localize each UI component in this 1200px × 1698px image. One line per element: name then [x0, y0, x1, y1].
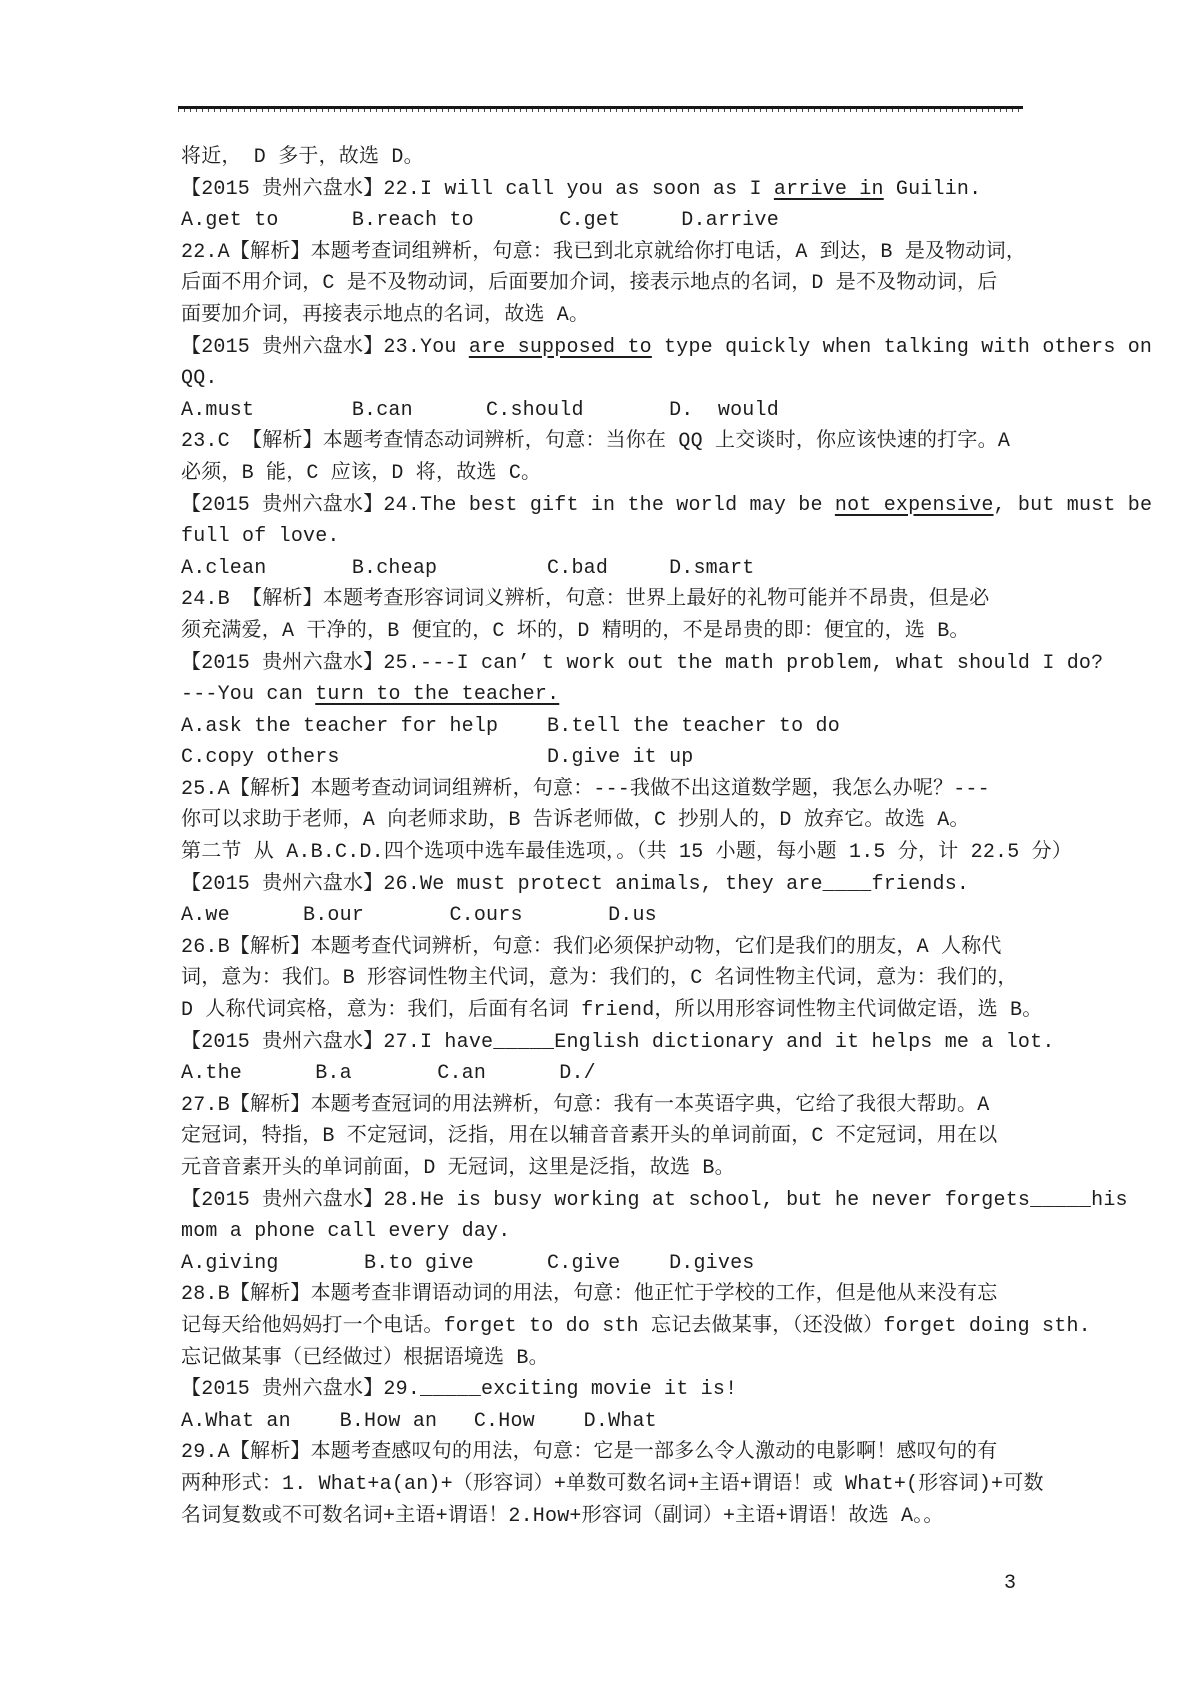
text-segment: 【2015 贵州六盘水】24.The best gift in the worl… [181, 494, 835, 517]
text-line-3: A.get to B.reach to C.get D.arrive [181, 205, 1081, 237]
text-line-44: 名词复数或不可数名词+主语+谓语！2.How+形容词（副词）+主语+谓语！故选 … [181, 1501, 1081, 1533]
text-line-4: 22.A【解析】本题考查词组辨析，句意：我已到北京就给你打电话，A 到达，B 是… [181, 237, 1081, 269]
text-line-19: A.ask the teacher for help B.tell the te… [181, 711, 1081, 743]
text-line-2: 【2015 贵州六盘水】22.I will call you as soon a… [181, 174, 1081, 206]
text-line-6: 面要加介词，再接表示地点的名词，故选 A。 [181, 300, 1081, 332]
text-line-27: 词，意为：我们。B 形容词性物主代词，意为：我们的，C 名词性物主代词，意为：我… [181, 963, 1081, 995]
text-line-10: 23.C 【解析】本题考查情态动词辨析，句意：当你在 QQ 上交谈时，你应该快速… [181, 426, 1081, 458]
text-line-8: QQ. [181, 363, 1081, 395]
text-segment: 面要加介词，再接表示地点的名词，故选 A。 [181, 304, 589, 327]
text-segment: Guilin. [884, 178, 982, 201]
text-segment: A.ask the teacher for help B.tell the te… [181, 715, 840, 738]
text-segment: D 人称代词宾格，意为：我们，后面有名词 friend，所以用形容词性物主代词做… [181, 999, 1042, 1022]
underlined-phrase: turn to the teacher. [315, 683, 559, 706]
text-segment: A.clean B.cheap C.bad D.smart [181, 557, 755, 580]
document-page: 将近， D 多于，故选 D。【2015 贵州六盘水】22.I will call… [0, 0, 1200, 1698]
text-segment: C.copy others D.give it up [181, 746, 693, 769]
text-segment: A.we B.our C.ours D.us [181, 904, 657, 927]
text-line-7: 【2015 贵州六盘水】23.You are supposed to type … [181, 332, 1081, 364]
text-segment: 记每天给他妈妈打一个电话。forget to do sth 忘记去做某事，（还没… [181, 1315, 1091, 1338]
text-line-36: A.giving B.to give C.give D.gives [181, 1248, 1081, 1280]
text-segment: 22.A【解析】本题考查词组辨析，句意：我已到北京就给你打电话，A 到达，B 是… [181, 241, 1026, 264]
text-segment: 29.A【解析】本题考查感叹句的用法，句意：它是一部多么令人激动的电影啊！感叹句… [181, 1441, 997, 1464]
text-line-21: 25.A【解析】本题考查动词词组辨析，句意：---我做不出这道数学题，我怎么办呢… [181, 774, 1081, 806]
text-line-1: 将近， D 多于，故选 D。 [181, 142, 1081, 174]
text-segment: full of love. [181, 525, 340, 548]
text-segment: A.must B.can C.should D. would [181, 399, 779, 422]
text-line-40: 【2015 贵州六盘水】29._____exciting movie it is… [181, 1374, 1081, 1406]
text-segment: , but must be [994, 494, 1153, 517]
text-segment: 25.A【解析】本题考查动词词组辨析，句意：---我做不出这道数学题，我怎么办呢… [181, 778, 990, 801]
text-segment: A.the B.a C.an D./ [181, 1062, 596, 1085]
underlined-phrase: arrive in [774, 178, 884, 201]
text-line-5: 后面不用介词，C 是不及物动词，后面要加介词，接表示地点的名词，D 是不及物动词… [181, 268, 1081, 300]
underlined-phrase: are supposed to [469, 336, 652, 359]
text-segment: QQ. [181, 367, 218, 390]
text-segment: A.What an B.How an C.How D.What [181, 1410, 657, 1433]
text-segment: 后面不用介词，C 是不及物动词，后面要加介词，接表示地点的名词，D 是不及物动词… [181, 272, 997, 295]
text-segment: 词，意为：我们。B 形容词性物主代词，意为：我们的，C 名词性物主代词，意为：我… [181, 967, 1018, 990]
text-segment: 忘记做某事（已经做过）根据语境选 B。 [181, 1347, 549, 1370]
text-line-13: full of love. [181, 521, 1081, 553]
text-segment: 你可以求助于老师，A 向老师求助，B 告诉老师做，C 抄别人的，D 放弃它。故选… [181, 809, 970, 832]
text-line-33: 元音音素开头的单词前面，D 无冠词，这里是泛指，故选 B。 [181, 1153, 1081, 1185]
text-line-29: 【2015 贵州六盘水】27.I have_____English dictio… [181, 1027, 1081, 1059]
text-line-35: mom a phone call every day. [181, 1216, 1081, 1248]
text-line-18: ---You can turn to the teacher. [181, 679, 1081, 711]
text-line-43: 两种形式：1. What+a(an)+（形容词）+单数可数名词+主语+谓语！或 … [181, 1469, 1081, 1501]
text-segment: 定冠词，特指，B 不定冠词，泛指，用在以辅音音素开头的单词前面，C 不定冠词，用… [181, 1125, 997, 1148]
text-line-37: 28.B【解析】本题考查非谓语动词的用法，句意：他正忙于学校的工作，但是他从来没… [181, 1279, 1081, 1311]
text-line-25: A.we B.our C.ours D.us [181, 900, 1081, 932]
text-segment: 23.C 【解析】本题考查情态动词辨析，句意：当你在 QQ 上交谈时，你应该快速… [181, 430, 1010, 453]
text-line-12: 【2015 贵州六盘水】24.The best gift in the worl… [181, 490, 1081, 522]
text-segment: 必须，B 能，C 应该，D 将，故选 C。 [181, 462, 541, 485]
text-line-28: D 人称代词宾格，意为：我们，后面有名词 friend，所以用形容词性物主代词做… [181, 995, 1081, 1027]
text-segment: type quickly when talking with others on [652, 336, 1152, 359]
text-segment: 【2015 贵州六盘水】27.I have_____English dictio… [181, 1031, 1055, 1054]
text-line-39: 忘记做某事（已经做过）根据语境选 B。 [181, 1343, 1081, 1375]
text-segment: 【2015 贵州六盘水】26.We must protect animals, … [181, 873, 969, 896]
text-segment: 28.B【解析】本题考查非谓语动词的用法，句意：他正忙于学校的工作，但是他从来没… [181, 1283, 997, 1306]
text-segment: 元音音素开头的单词前面，D 无冠词，这里是泛指，故选 B。 [181, 1157, 735, 1180]
text-segment: 【2015 贵州六盘水】22.I will call you as soon a… [181, 178, 774, 201]
text-segment: 第二节 从 A.B.C.D.四个选项中选车最佳选项，。（共 15 小题，每小题 … [181, 841, 1072, 864]
page-number: 3 [1004, 1572, 1016, 1595]
text-segment: 24.B 【解析】本题考查形容词词义辨析，句意：世界上最好的礼物可能并不昂贵，但… [181, 588, 989, 611]
text-segment: ---You can [181, 683, 315, 706]
text-segment: 26.B【解析】本题考查代词辨析，句意：我们必须保护动物，它们是我们的朋友，A … [181, 936, 1002, 959]
text-line-20: C.copy others D.give it up [181, 742, 1081, 774]
text-segment: A.get to B.reach to C.get D.arrive [181, 209, 779, 232]
text-line-16: 须充满爱，A 干净的，B 便宜的，C 坏的，D 精明的，不是昂贵的即：便宜的，选… [181, 616, 1081, 648]
text-segment: 须充满爱，A 干净的，B 便宜的，C 坏的，D 精明的，不是昂贵的即：便宜的，选… [181, 620, 970, 643]
text-line-41: A.What an B.How an C.How D.What [181, 1406, 1081, 1438]
text-line-9: A.must B.can C.should D. would [181, 395, 1081, 427]
text-line-34: 【2015 贵州六盘水】28.He is busy working at sch… [181, 1185, 1081, 1217]
text-line-15: 24.B 【解析】本题考查形容词词义辨析，句意：世界上最好的礼物可能并不昂贵，但… [181, 584, 1081, 616]
text-line-22: 你可以求助于老师，A 向老师求助，B 告诉老师做，C 抄别人的，D 放弃它。故选… [181, 805, 1081, 837]
text-segment: 两种形式：1. What+a(an)+（形容词）+单数可数名词+主语+谓语！或 … [181, 1473, 1044, 1496]
text-segment: 名词复数或不可数名词+主语+谓语！2.How+形容词（副词）+主语+谓语！故选 … [181, 1505, 944, 1528]
text-line-31: 27.B【解析】本题考查冠词的用法辨析，句意：我有一本英语字典，它给了我很大帮助… [181, 1090, 1081, 1122]
text-line-32: 定冠词，特指，B 不定冠词，泛指，用在以辅音音素开头的单词前面，C 不定冠词，用… [181, 1121, 1081, 1153]
text-segment: 【2015 贵州六盘水】23.You [181, 336, 469, 359]
underlined-phrase: not expensive [835, 494, 994, 517]
text-line-38: 记每天给他妈妈打一个电话。forget to do sth 忘记去做某事，（还没… [181, 1311, 1081, 1343]
text-line-23: 第二节 从 A.B.C.D.四个选项中选车最佳选项，。（共 15 小题，每小题 … [181, 837, 1081, 869]
text-line-26: 26.B【解析】本题考查代词辨析，句意：我们必须保护动物，它们是我们的朋友，A … [181, 932, 1081, 964]
text-segment: 27.B【解析】本题考查冠词的用法辨析，句意：我有一本英语字典，它给了我很大帮助… [181, 1094, 989, 1117]
text-segment: A.giving B.to give C.give D.gives [181, 1252, 755, 1275]
text-line-30: A.the B.a C.an D./ [181, 1058, 1081, 1090]
text-segment: 【2015 贵州六盘水】28.He is busy working at sch… [181, 1189, 1128, 1212]
text-segment: 【2015 贵州六盘水】25.---I can’ t work out the … [181, 652, 1103, 675]
text-line-42: 29.A【解析】本题考查感叹句的用法，句意：它是一部多么令人激动的电影啊！感叹句… [181, 1437, 1081, 1469]
header-rule [178, 106, 1023, 112]
text-segment: 将近， D 多于，故选 D。 [181, 146, 424, 169]
text-line-17: 【2015 贵州六盘水】25.---I can’ t work out the … [181, 648, 1081, 680]
text-segment: mom a phone call every day. [181, 1220, 510, 1243]
text-line-24: 【2015 贵州六盘水】26.We must protect animals, … [181, 869, 1081, 901]
document-content: 将近， D 多于，故选 D。【2015 贵州六盘水】22.I will call… [181, 142, 1081, 1532]
text-line-14: A.clean B.cheap C.bad D.smart [181, 553, 1081, 585]
text-segment: 【2015 贵州六盘水】29._____exciting movie it is… [181, 1378, 737, 1401]
text-line-11: 必须，B 能，C 应该，D 将，故选 C。 [181, 458, 1081, 490]
